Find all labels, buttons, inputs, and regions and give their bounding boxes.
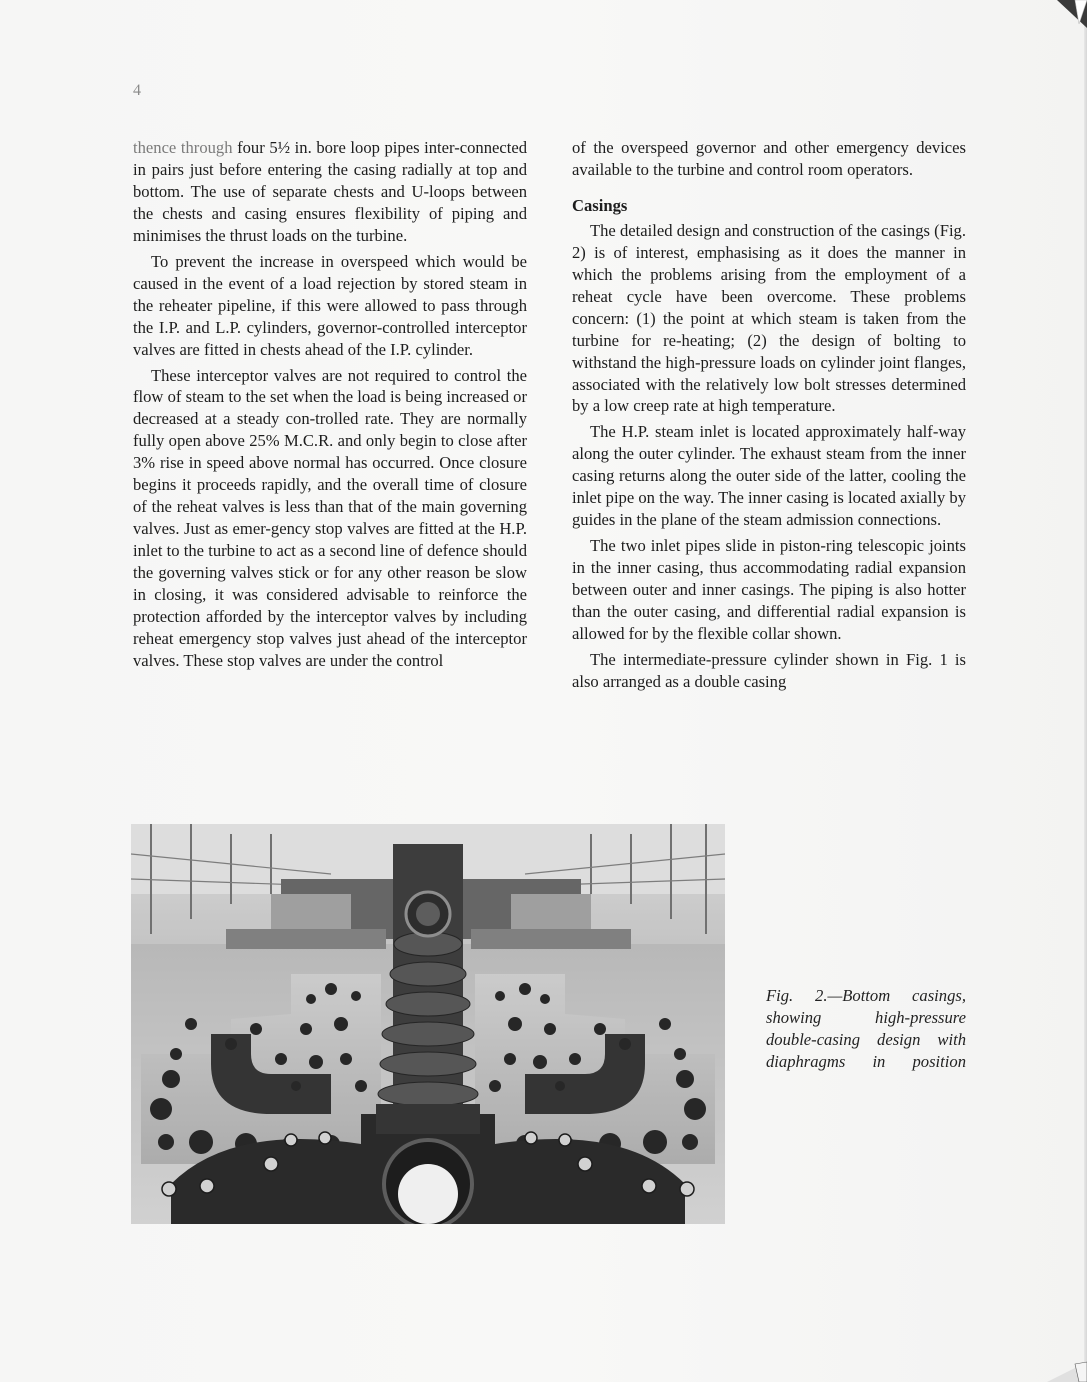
scanned-page: 4 thence through four 5½ in. bore loop p… <box>0 0 1087 1382</box>
paragraph: of the overspeed governor and other emer… <box>572 137 966 181</box>
caption-line: Fig. 2.—Bottom casings, <box>766 985 966 1007</box>
page-corner-fold-bottom <box>1047 1354 1087 1382</box>
paragraph: The detailed design and construction of … <box>572 220 966 418</box>
faded-text: thence through <box>133 138 233 157</box>
figure-caption: Fig. 2.—Bottom casings, showing high-pre… <box>766 985 966 1073</box>
paragraph: The H.P. steam inlet is located approxim… <box>572 421 966 531</box>
left-column: thence through four 5½ in. bore loop pip… <box>133 137 527 676</box>
caption-line: diaphragms in position <box>766 1051 966 1073</box>
paragraph: The two inlet pipes slide in piston-ring… <box>572 535 966 645</box>
paragraph: The intermediate-pressure cylinder shown… <box>572 649 966 693</box>
turbine-casing-photo <box>131 824 725 1224</box>
paragraph: These interceptor valves are not require… <box>133 365 527 672</box>
page-corner-fold-top <box>1057 0 1087 28</box>
caption-line: double-casing design with <box>766 1029 966 1051</box>
figure-photo <box>131 824 725 1224</box>
right-column: of the overspeed governor and other emer… <box>572 137 966 697</box>
page-number: 4 <box>133 82 141 100</box>
paragraph: To prevent the increase in overspeed whi… <box>133 251 527 361</box>
paragraph: thence through four 5½ in. bore loop pip… <box>133 137 527 247</box>
section-heading: Casings <box>572 195 966 217</box>
caption-line: showing high-pressure <box>766 1007 966 1029</box>
